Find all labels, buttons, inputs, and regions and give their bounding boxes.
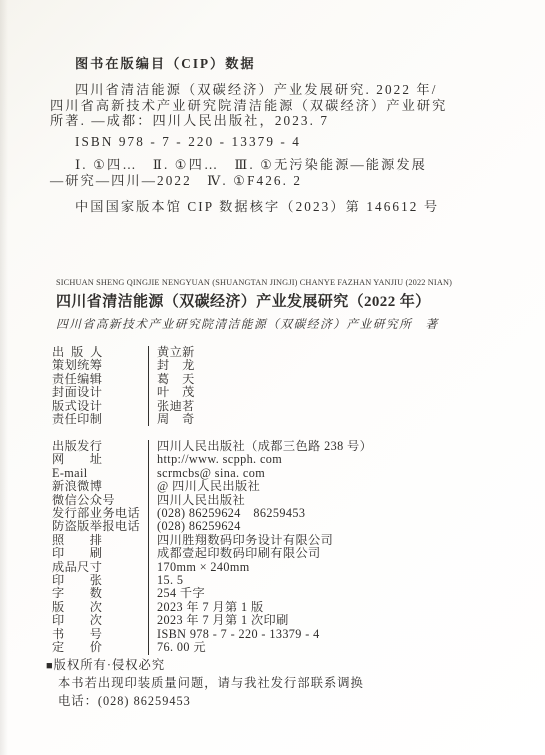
credit-label: 策划统筹: [52, 359, 148, 372]
credit-value: 葛 天: [148, 373, 195, 386]
credit-label: 责任印制: [52, 413, 148, 426]
table-row: 定 价 76. 00 元: [52, 641, 372, 654]
publishing-value: 成都壹起印数码印刷有限公司: [148, 547, 321, 560]
publishing-label: 新浪微博: [52, 480, 148, 493]
publishing-value: 170mm × 240mm: [148, 561, 250, 574]
table-row: 网 址 http://www. scpph. com: [52, 453, 372, 466]
copyright-notice: ■版权所有·侵权必究 本书若出现印装质量问题，请与我社发行部联系调换 电话：(0…: [46, 657, 364, 710]
title-pinyin: SICHUAN SHENG QINGJIE NENGYUAN (SHUANGTA…: [56, 278, 535, 287]
publishing-value: http://www. scpph. com: [148, 453, 282, 466]
cip-data-section: 图书在版编目（CIP）数据 四川省清洁能源（双碳经济）产业发展研究. 2022 …: [50, 53, 525, 214]
credit-value: 周 奇: [148, 413, 195, 426]
publishing-label: 网 址: [52, 453, 148, 466]
publishing-table: 出版发行 四川人民出版社（成都三色路 238 号） 网 址 http://www…: [52, 440, 372, 655]
publishing-label: 定 价: [52, 641, 148, 654]
page-edge-shading: [0, 0, 8, 755]
quality-exchange-line: 本书若出现印装质量问题，请与我社发行部联系调换: [58, 675, 364, 692]
publishing-value: (028) 86259624: [148, 520, 241, 533]
credit-value: 叶 茂: [148, 386, 195, 399]
copyright-claim-text: 版权所有·侵权必究: [54, 658, 165, 672]
publishing-value: 254 千字: [148, 587, 205, 600]
table-row: 防盗版举报电话 (028) 86259624: [52, 520, 372, 533]
credit-value: 张迪茗: [148, 400, 195, 413]
table-row: 字 数 254 千字: [52, 587, 372, 600]
table-row: 新浪微博 @ 四川人民出版社: [52, 480, 372, 493]
publishing-value: 15. 5: [148, 574, 183, 587]
publishing-value: 四川人民出版社（成都三色路 238 号）: [148, 440, 372, 453]
publishing-value: 2023 年 7 月第 1 次印刷: [148, 614, 289, 627]
cip-classification-line-1: Ⅰ. ①四… Ⅱ. ①四… Ⅲ. ①无污染能源—能源发展: [75, 157, 525, 173]
table-row: 印 刷 成都壹起印数码印刷有限公司: [52, 547, 372, 560]
publishing-label: 书 号: [52, 628, 148, 641]
publishing-value: 四川人民出版社: [148, 494, 245, 507]
author-line: 四川省高新技术产业研究院清洁能源（双碳经济）产业研究所 著: [56, 315, 535, 332]
publishing-value: (028) 86259624 86259453: [148, 507, 305, 520]
cip-description-line-3: 所著. —成都：四川人民出版社，2023. 7: [50, 113, 525, 129]
square-bullet-icon: ■: [46, 660, 54, 672]
title-section: SICHUAN SHENG QINGJIE NENGYUAN (SHUANGTA…: [56, 278, 535, 332]
publishing-label: 防盗版举报电话: [52, 520, 148, 533]
publishing-value: 76. 00 元: [148, 641, 206, 654]
publishing-label: 成品尺寸: [52, 561, 148, 574]
cip-record-number: 中国国家版本馆 CIP 数据核字（2023）第 146612 号: [75, 199, 525, 215]
cip-heading: 图书在版编目（CIP）数据: [75, 53, 525, 72]
publishing-value: ISBN 978 - 7 - 220 - 13379 - 4: [148, 628, 320, 641]
book-title: 四川省清洁能源（双碳经济）产业发展研究（2022 年）: [56, 290, 535, 311]
cip-classification: Ⅰ. ①四… Ⅱ. ①四… Ⅲ. ①无污染能源—能源发展 —研究—四川—2022…: [50, 157, 525, 188]
contact-phone-line: 电话：(028) 86259453: [58, 693, 364, 710]
table-row: 责任印制 周 奇: [52, 413, 195, 426]
credits-table: 出 版 人 黄立新 策划统筹 封 龙 责任编辑 葛 天 封面设计 叶 茂 版式设…: [52, 346, 195, 426]
publishing-label: 照 排: [52, 534, 148, 547]
table-row: 策划统筹 封 龙: [52, 359, 195, 372]
book-copyright-page: 图书在版编目（CIP）数据 四川省清洁能源（双碳经济）产业发展研究. 2022 …: [0, 0, 545, 755]
credit-value: 封 龙: [148, 359, 195, 372]
table-row: 封面设计 叶 茂: [52, 386, 195, 399]
cip-classification-line-2: —研究—四川—2022 Ⅳ. ①F426. 2: [50, 173, 525, 189]
publishing-label: 印 刷: [52, 547, 148, 560]
cip-description: 四川省清洁能源（双碳经济）产业发展研究. 2022 年/ 四川省高新技术产业研究…: [50, 82, 525, 149]
cip-description-line-1: 四川省清洁能源（双碳经济）产业发展研究. 2022 年/: [75, 82, 525, 98]
table-row: 成品尺寸 170mm × 240mm: [52, 561, 372, 574]
publishing-value: @ 四川人民出版社: [148, 480, 260, 493]
cip-description-line-2: 四川省高新技术产业研究院清洁能源（双碳经济）产业研究: [50, 98, 525, 114]
copyright-claim-line: ■版权所有·侵权必究: [46, 657, 364, 675]
publishing-label: 印 次: [52, 614, 148, 627]
table-row: 印 次 2023 年 7 月第 1 次印刷: [52, 614, 372, 627]
publishing-label: 字 数: [52, 587, 148, 600]
cip-isbn-line: ISBN 978 - 7 - 220 - 13379 - 4: [75, 134, 525, 150]
credit-label: 封面设计: [52, 386, 148, 399]
table-row: 书 号 ISBN 978 - 7 - 220 - 13379 - 4: [52, 628, 372, 641]
